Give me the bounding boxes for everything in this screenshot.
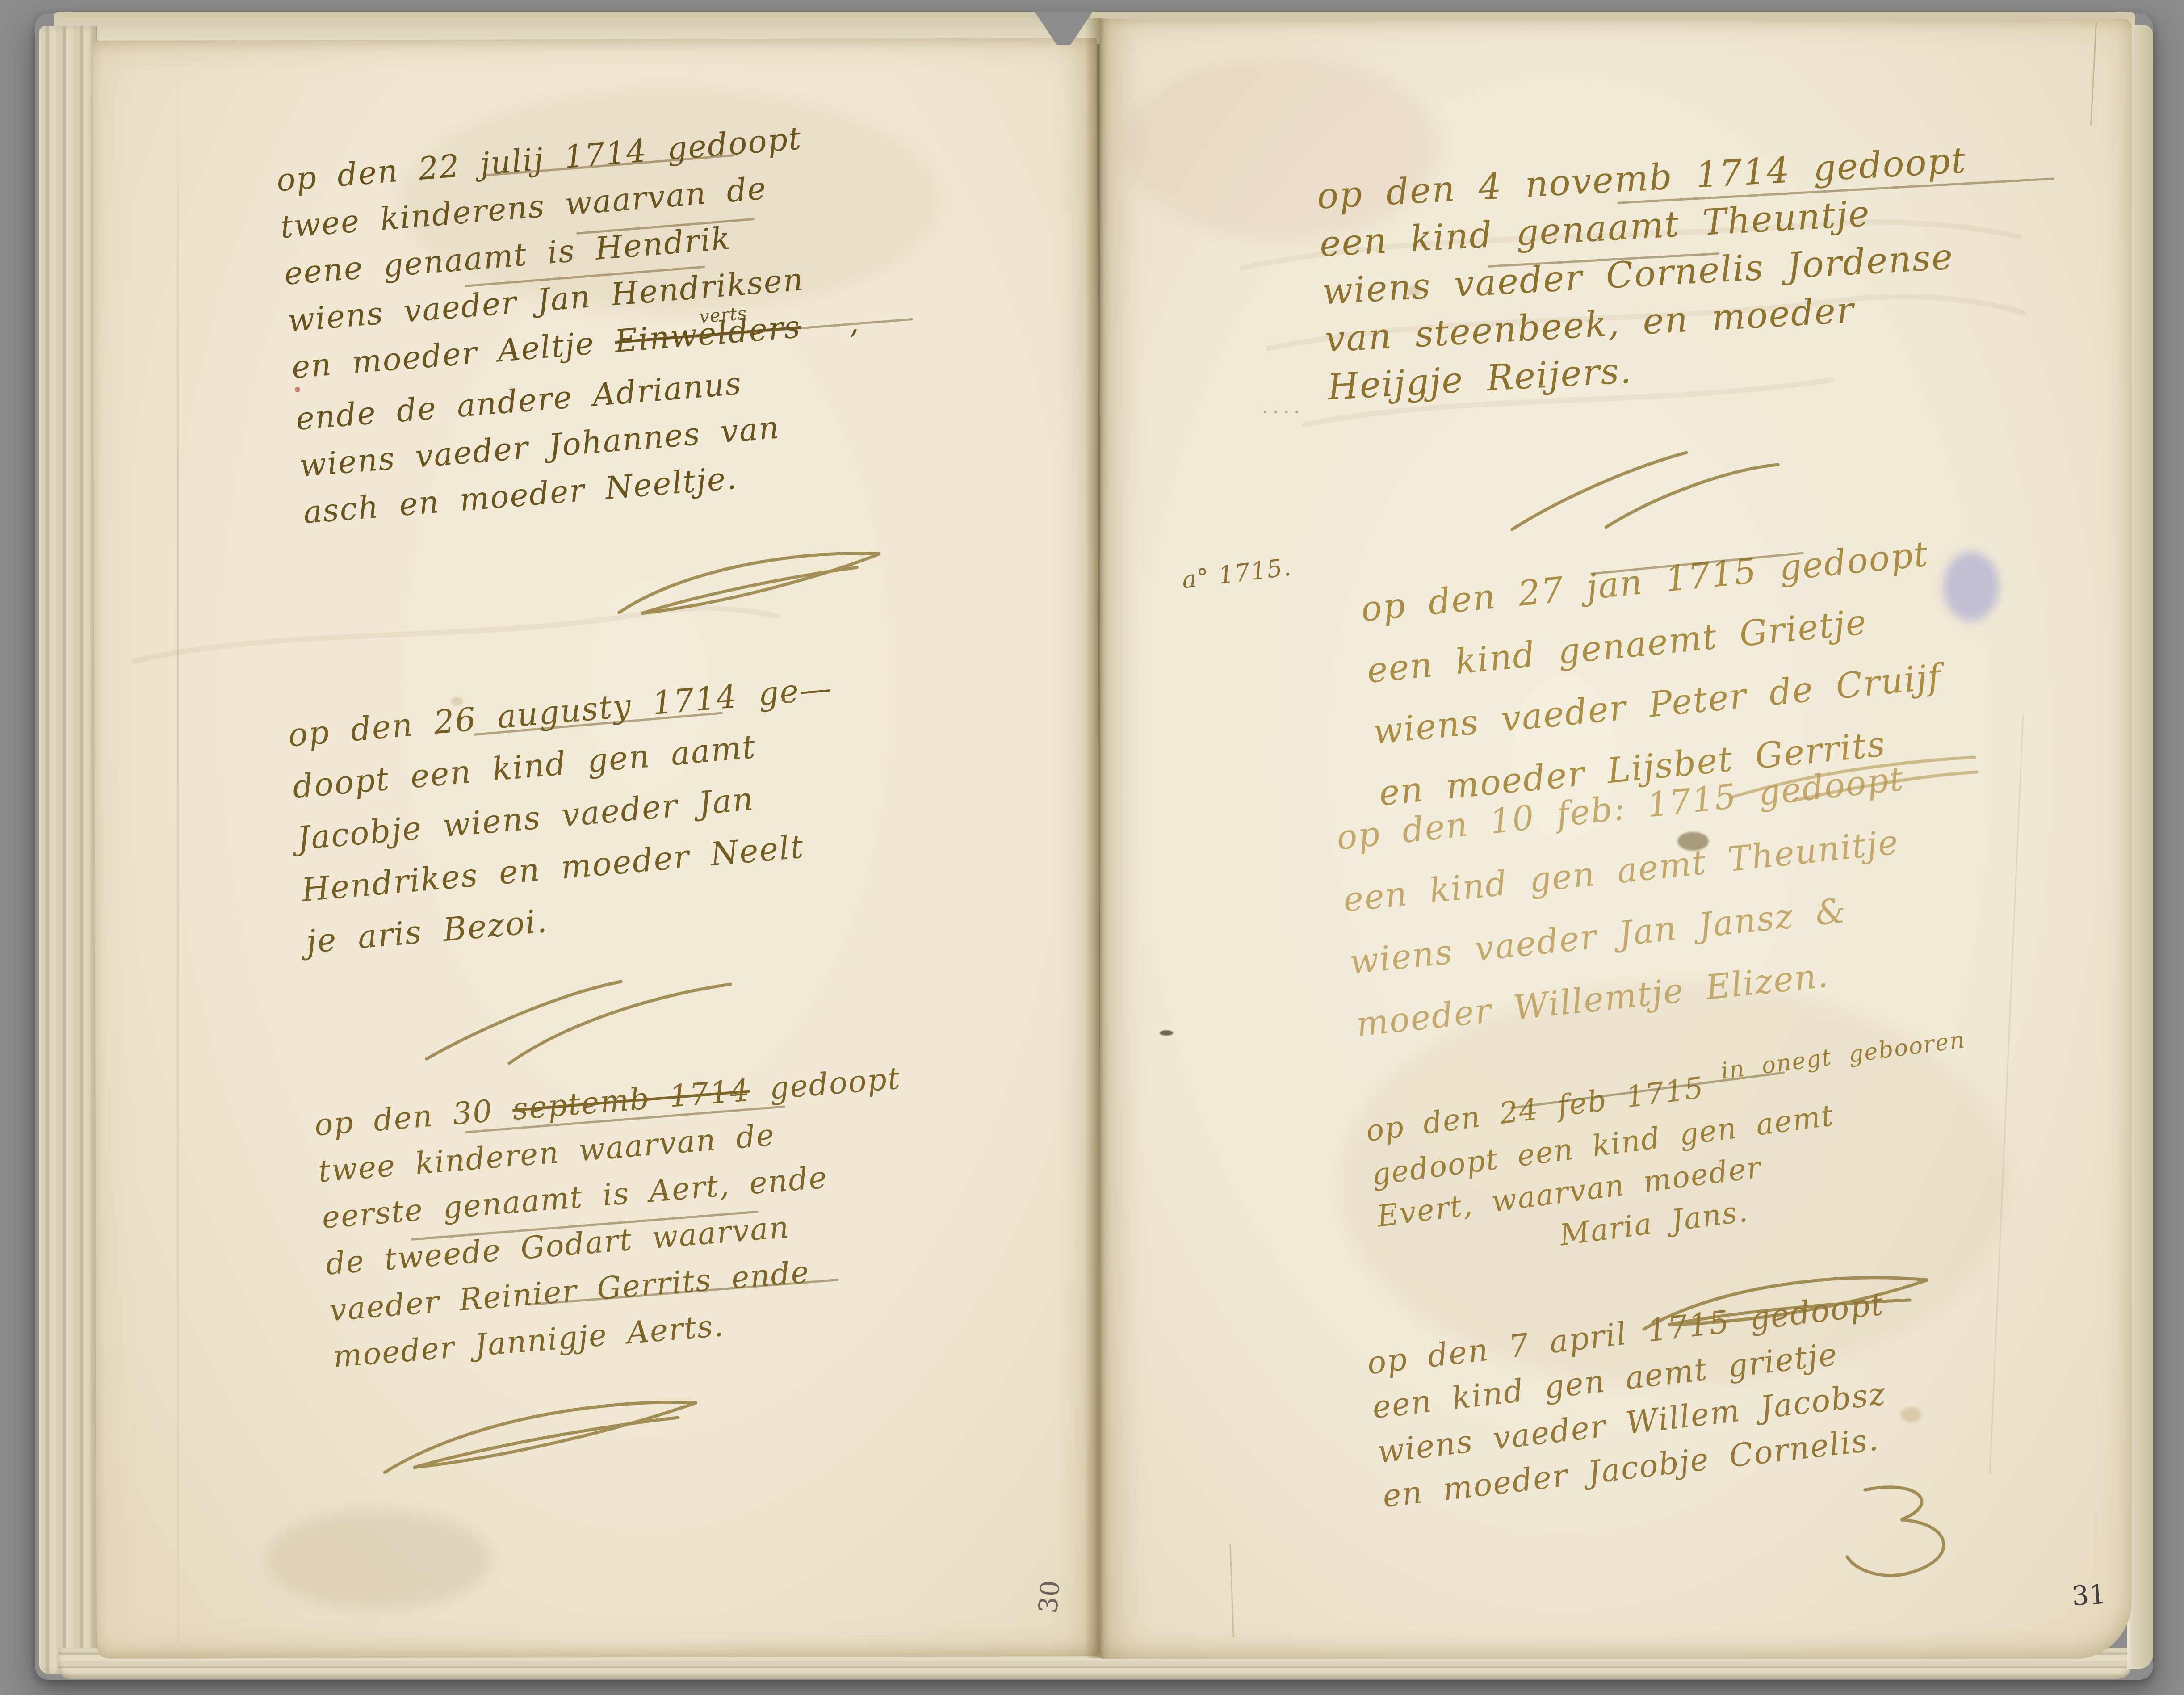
paper-stain xyxy=(268,1510,491,1608)
left-page-fold-line xyxy=(177,42,179,1642)
flourish xyxy=(1633,1262,1937,1347)
baptism-entry-1714-08-26: op den 26 augusty 1714 ge— doopt een kin… xyxy=(286,662,853,967)
manuscript-scan: op den 22 julij 1714 gedoopt twee kinder… xyxy=(0,0,2184,1695)
baptism-entry-1714-09-30: op den 30 septemb 1714 gedoopt twee kind… xyxy=(313,1055,921,1380)
date-suffix: gedoopt xyxy=(749,1061,902,1108)
page-edges-left xyxy=(39,26,97,1674)
interlinear-correction: verts xyxy=(698,303,747,327)
flourish xyxy=(415,976,737,1066)
book-gutter xyxy=(1085,18,1111,1658)
page-number-right: 31 xyxy=(2071,1578,2107,1612)
blue-ink-smudge xyxy=(1943,552,1999,621)
flourish xyxy=(1840,1479,1966,1586)
page-number-left: 30 xyxy=(1033,1579,1066,1614)
margin-dots: ···· xyxy=(1262,400,1304,424)
flourish xyxy=(1722,751,1981,804)
baptism-entry-1714-11-04: op den 4 novemb 1714 gedoopt een kind ge… xyxy=(1316,136,1978,411)
flourish xyxy=(1499,445,1785,534)
ink-blot xyxy=(1160,1030,1173,1036)
foxing-spot xyxy=(1901,1407,1921,1422)
baptism-entry-1714-07-22: op den 22 julij 1714 gedoopt twee kinder… xyxy=(275,112,873,536)
